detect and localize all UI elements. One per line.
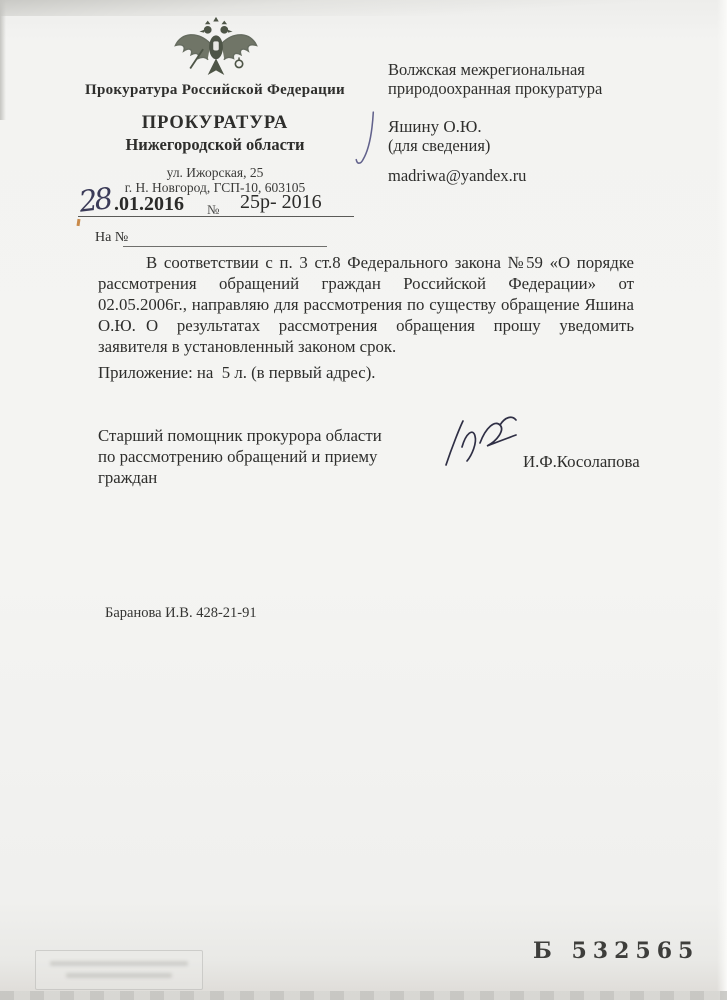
recipient-org-line2: природоохранная прокуратура bbox=[388, 79, 602, 98]
date-printed: .01.2016 bbox=[114, 193, 184, 216]
attachment-line: Приложение: на 5 л. (в первый адрес). bbox=[98, 363, 634, 383]
federal-org-title: Прокуратура Российской Федерации bbox=[75, 82, 355, 99]
org-region: Нижегородской области bbox=[75, 135, 355, 155]
small-ink-tick bbox=[77, 219, 81, 226]
scan-edge-left bbox=[0, 0, 6, 120]
handwritten-signature-icon bbox=[436, 413, 536, 475]
faint-stamp-line bbox=[50, 961, 188, 966]
signer-title: Старший помощник прокурора области по ра… bbox=[98, 425, 403, 488]
faint-stamp-box bbox=[35, 950, 203, 990]
org-name: ПРОКУРАТУРА bbox=[75, 113, 355, 134]
recipient-person: Яшину О.Ю. bbox=[388, 117, 482, 137]
scan-edge-bottom bbox=[0, 991, 727, 1000]
faint-stamp-line bbox=[66, 973, 172, 978]
outgoing-number: 25р- 2016 bbox=[240, 191, 322, 214]
body-paragraph-2: О результатах рассмотрения обращения про… bbox=[98, 315, 634, 357]
form-serial-number: Б 532565 bbox=[533, 938, 699, 964]
scanned-letter-page: Прокуратура Российской Федерации ПРОКУРА… bbox=[0, 0, 727, 1000]
recipient-email: madriwa@yandex.ru bbox=[388, 166, 526, 186]
number-underline bbox=[207, 216, 354, 217]
recipient-org-line1: Волжская межрегиональная bbox=[388, 60, 602, 79]
coat-of-arms-icon bbox=[168, 16, 264, 86]
scan-edge-right bbox=[717, 0, 727, 1000]
executor-contact: Баранова И.В. 428-21-91 bbox=[105, 605, 257, 622]
in-reply-underline bbox=[123, 246, 327, 247]
recipient-note: (для сведения) bbox=[388, 136, 490, 156]
signer-name: И.Ф.Косолапова bbox=[523, 452, 640, 472]
date-underline bbox=[78, 216, 207, 217]
handwritten-day: 28 bbox=[77, 181, 112, 219]
recipient-organization: Волжская межрегиональная природоохранная… bbox=[388, 60, 602, 98]
scan-edge-top bbox=[0, 0, 727, 16]
pen-checkmark-icon bbox=[350, 108, 378, 170]
org-address-line1: ул. Ижорская, 25 bbox=[75, 165, 355, 181]
in-reply-label: На № bbox=[95, 230, 128, 246]
